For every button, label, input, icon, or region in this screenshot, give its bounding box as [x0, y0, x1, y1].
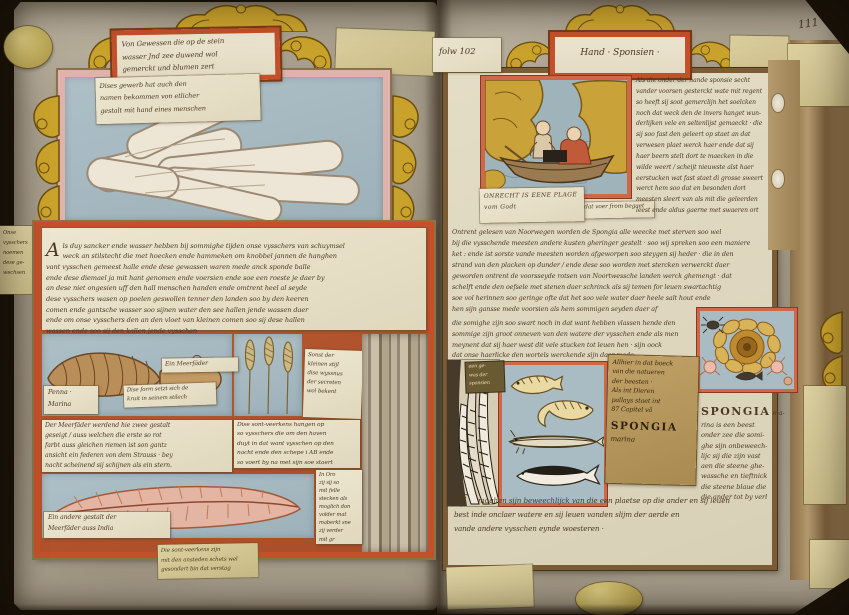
right-column-text-block: Als die onder der hande sponsie secht va… — [634, 74, 774, 224]
reeds-note: Sonst der kleinen stijl dise wyssnus der… — [303, 349, 363, 419]
gold-bracket-left — [22, 94, 62, 234]
coral-hand-caption: Dises gewerb hat auch den namen bekommen… — [95, 74, 260, 124]
gold-bracket-right — [390, 94, 430, 234]
left-initial-letter: A — [46, 242, 60, 258]
binding-hole-top — [772, 94, 784, 112]
folio-tab: folw 102 — [433, 38, 501, 72]
narrow-column-block: In Oro zij sij so mit felle stecken als … — [316, 470, 362, 544]
boat-scene-illustration — [485, 80, 627, 194]
spongia-text: ma- rina is een beest onder zee die somi… — [701, 409, 785, 501]
planks-strip — [362, 334, 428, 552]
onrecht-caption-text: ONRECHT IS EENE PLAGE vom Godt — [480, 187, 584, 216]
page-number: 111 — [797, 15, 820, 34]
book-note-subtitle: marina — [606, 434, 696, 446]
left-bottom-note-text: Die sont-veerkens zijn mit den ansteden … — [158, 543, 259, 578]
right-title-text: Hand · Sponsien · — [555, 37, 685, 69]
meerfeder-text-block: Der Meerfäder werdend hie zwee gestalt g… — [42, 420, 232, 472]
bottom-flourish: Af — [452, 492, 466, 511]
right-bottom-text: moghen sijn beweechlijck van die een pla… — [452, 492, 786, 538]
bottom-tab-right — [810, 540, 849, 588]
form-note-text: Dise form setzt sich de kruit in seinem … — [124, 382, 217, 406]
bottom-shadow-strip — [0, 604, 849, 615]
spongia-word: SPONGIA — [701, 405, 770, 418]
reeds-note-text: Sonst der kleinen stijl dise wyssnus der… — [303, 349, 363, 400]
veerkens-text-block: Dise sont-veerkens hangen op so vysscher… — [234, 420, 360, 468]
gold-edge-ornament — [802, 310, 844, 396]
right-bottom-text-block: Af moghen sijn beweechlijck van die een … — [452, 492, 786, 558]
fish-group-illustration — [502, 365, 604, 503]
right-main-text-block: Ontrent gelesen van Noorwegen worden de … — [450, 226, 788, 316]
veerkens-text: Dise sont-veerkens hangen op so vysscher… — [234, 420, 360, 469]
boat-painting — [481, 76, 631, 198]
book-note: Allhier in dat boeck van die natueren de… — [605, 355, 698, 485]
pink-feather-caption: Ein andere gestalt der Meerfäder auss In… — [44, 512, 170, 538]
plant-label-text: een ge- was der sponsien — [465, 361, 504, 390]
binding-parchment-strip — [804, 386, 846, 504]
penna-marina-text: Penna · Marina — [44, 386, 98, 411]
meerfeder-text: Der Meerfäder werdend hie zwee gestalt g… — [42, 420, 232, 472]
right-column-text: Als die onder der hande sponsie secht va… — [634, 74, 774, 219]
binding-board-upper — [768, 60, 800, 250]
left-bottom-note: Die sont-veerkens zijn mit den ansteden … — [158, 543, 259, 579]
form-note: Dise form setzt sich de kruit in seinem … — [124, 382, 217, 407]
book-note-text: Allhier in dat boeck van die natueren de… — [607, 355, 699, 420]
left-main-text-block: Als duy sancker ende wasser hebben bij s… — [42, 228, 426, 330]
right-main-text2: die somighe zijn soo swart noch in dat w… — [450, 318, 696, 361]
parchment-tab-top-left-page — [335, 28, 434, 75]
wax-blob-left — [4, 26, 52, 68]
right-main-text: Ontrent gelesen van Noorwegen worden de … — [450, 226, 788, 316]
left-title-text: Von Gewessen die op de stein wasser Jnd … — [116, 31, 275, 78]
meerfeder-label: Ein Meerfäder — [162, 357, 238, 372]
left-main-text: ls duy sancker ende wasser hebben bij so… — [46, 242, 345, 335]
meerfeder-label-text: Ein Meerfäder — [162, 357, 238, 370]
sea-reeds-panel — [234, 334, 302, 416]
plant-label: een ge- was der sponsien — [465, 361, 504, 392]
binding-hole-bottom — [772, 170, 784, 188]
fish-panel — [499, 362, 607, 506]
folio-label: folw 102 — [433, 38, 501, 67]
sea-reeds-illustration — [234, 334, 302, 416]
bottom-tab-left — [446, 565, 533, 610]
pink-feather-caption-text: Ein andere gestalt der Meerfäder auss In… — [44, 512, 170, 535]
sponge-painting — [697, 308, 797, 392]
penna-marina-label: Penna · Marina — [44, 386, 98, 414]
narrow-column-text: In Oro zij sij so mit felle stecken als … — [316, 470, 362, 545]
right-title-banner: Hand · Sponsien · — [550, 32, 690, 78]
coral-hand-caption-text: Dises gewerb hat auch den namen bekommen… — [95, 74, 260, 119]
gold-pediment-right — [558, 2, 682, 32]
onrecht-caption: ONRECHT IS EENE PLAGE vom Godt — [480, 187, 585, 223]
manuscript-spread-photo: Von Gewessen die op de stein wasser Jnd … — [0, 0, 849, 615]
sponge-scene-illustration — [700, 311, 794, 389]
